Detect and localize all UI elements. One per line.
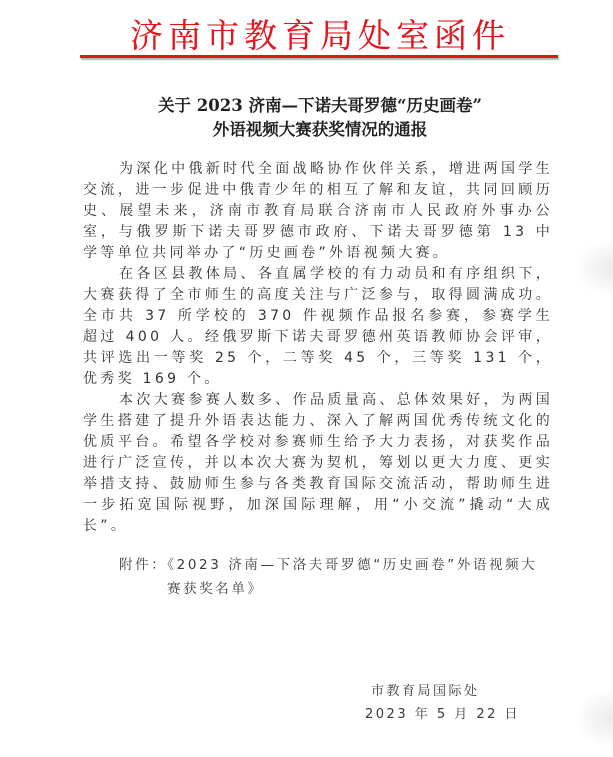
attachment-note: 附件：《2023 济南—下洛夫哥罗德“历史画卷”外语视频大 赛获奖名单》 xyxy=(119,553,549,601)
signature-block: 市教育局国际处 2023 年 5 月 22 日 xyxy=(360,680,510,726)
floating-side-button-bottom[interactable] xyxy=(573,688,613,748)
paragraph-results: 在各区县教体局、各直属学校的有力动员和有序组织下，大赛获得了全市师生的高度关注与… xyxy=(83,264,553,390)
masthead-title: 济南市教育局处室函件 xyxy=(80,20,560,54)
masthead: 济南市教育局处室函件 xyxy=(80,20,560,62)
paragraph-conclusion: 本次大赛参赛人数多、作品质量高、总体效果好，为两国学生搭建了提升外语表达能力、深… xyxy=(83,390,553,537)
masthead-red-rule xyxy=(80,55,558,58)
document-body: 为深化中俄新时代全面战略协作伙伴关系，增进两国学生交流，进一步促进中俄青少年的相… xyxy=(83,159,553,537)
document-title-line-2: 外语视频大赛获奖情况的通报 xyxy=(60,118,580,142)
paragraph-intro: 为深化中俄新时代全面战略协作伙伴关系，增进两国学生交流，进一步促进中俄青少年的相… xyxy=(83,159,553,264)
floating-side-button[interactable] xyxy=(573,238,613,298)
attachment-line-1: 附件：《2023 济南—下洛夫哥罗德“历史画卷”外语视频大 xyxy=(119,557,537,573)
document-title: 关于 2023 济南—下诺夫哥罗德“历史画卷” 外语视频大赛获奖情况的通报 xyxy=(60,94,580,142)
signature-date: 2023 年 5 月 22 日 xyxy=(360,703,510,726)
document-page: 济南市教育局处室函件 关于 2023 济南—下诺夫哥罗德“历史画卷” 外语视频大… xyxy=(0,0,613,757)
attachment-line-2: 赛获奖名单》 xyxy=(119,577,549,601)
document-title-line-1: 关于 2023 济南—下诺夫哥罗德“历史画卷” xyxy=(60,94,580,118)
signature-org: 市教育局国际处 xyxy=(360,680,510,703)
